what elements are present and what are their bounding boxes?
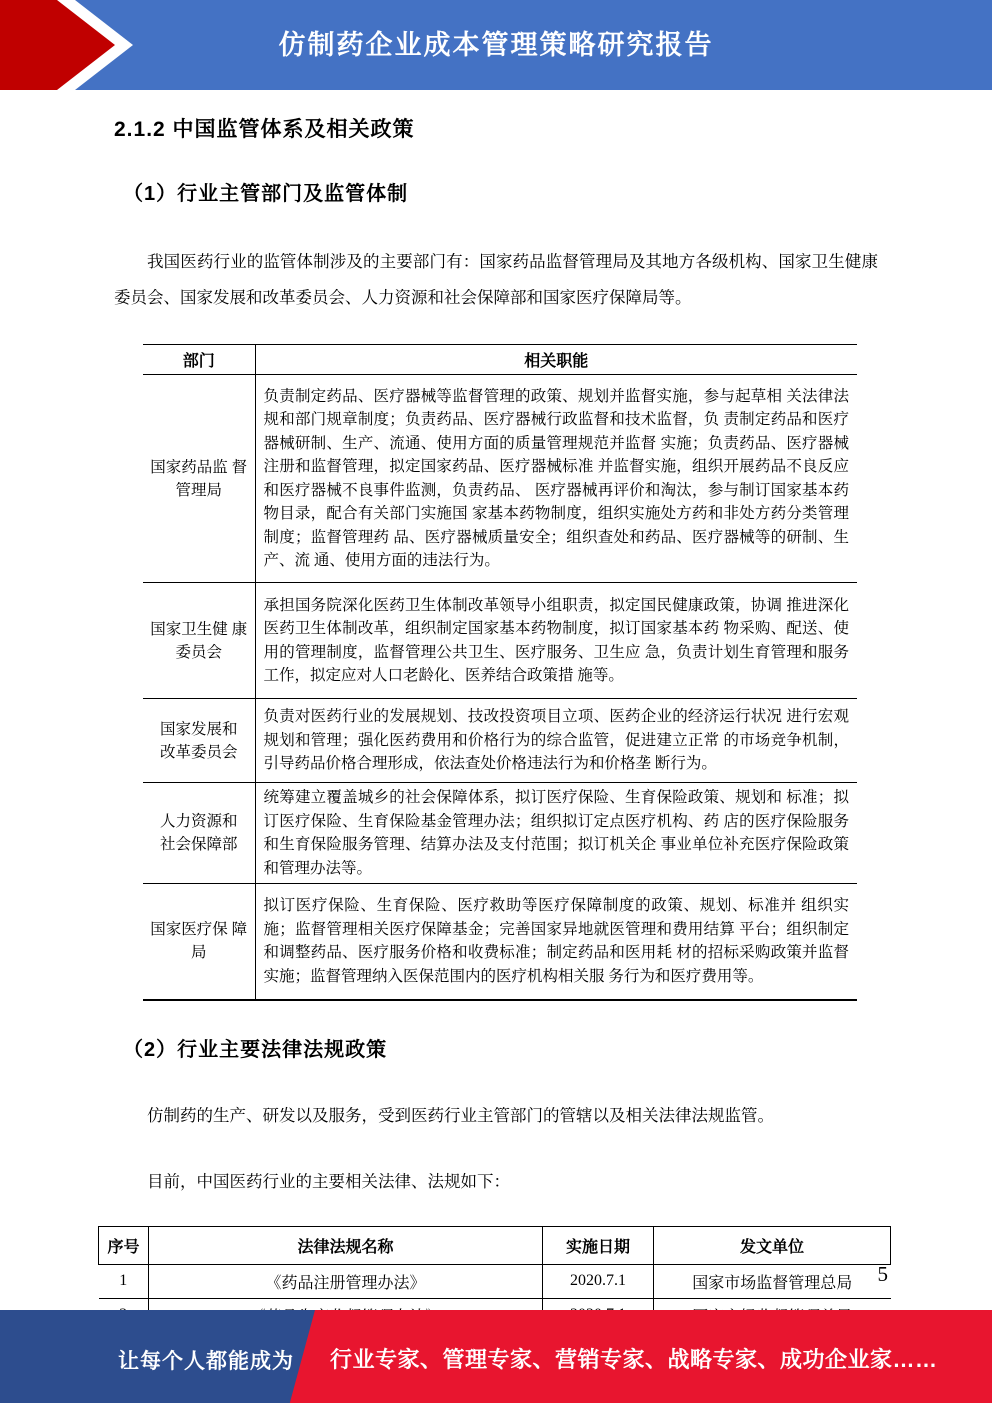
paragraph-regulators: 我国医药行业的监管体制涉及的主要部门有：国家药品监督管理局及其地方各级机构、国家… (114, 244, 878, 316)
table-row: 国家发展和 改革委员会 负责对医药行业的发展规划、技改投资项目立项、医药企业的经… (143, 699, 857, 783)
page-footer: 让每个人都能成为 行业专家、管理专家、营销专家、战略专家、成功企业家…… (0, 1310, 992, 1403)
paragraph-laws-intro: 仿制药的生产、研发以及服务，受到医药行业主管部门的管辖以及相关法律法规监管。 (114, 1098, 878, 1134)
report-title: 仿制药企业成本管理策略研究报告 (0, 0, 992, 90)
dept-name: 国家发展和 改革委员会 (143, 699, 255, 783)
section-heading: 2.1.2 中国监管体系及相关政策 (114, 113, 992, 143)
subsection-2-heading: （2）行业主要法律法规政策 (123, 1033, 992, 1062)
dept-column-header: 部门 (143, 345, 255, 375)
no-column-header: 序号 (99, 1226, 149, 1264)
dept-name: 国家药品监 督 管理局 (143, 375, 255, 583)
law-issuer: 国家市场监督管理总局 (654, 1264, 891, 1298)
dept-duty: 负责对医药行业的发展规划、技改投资项目立项、医药企业的经济运行状况 进行宏观规划… (255, 699, 857, 783)
table-row: 1 《药品注册管理办法》 2020.7.1 国家市场监督管理总局 (99, 1264, 891, 1298)
subsection-1-heading: （1）行业主管部门及监管体制 (123, 177, 992, 206)
dept-name: 人力资源和 社会保障部 (143, 783, 255, 884)
footer-slogan-left: 让每个人都能成为 (118, 1345, 294, 1375)
department-duty-table: 部门 相关职能 国家药品监 督 管理局 负责制定药品、医疗器械等监督管理的政策、… (143, 344, 857, 1001)
law-date: 2020.7.1 (543, 1264, 654, 1298)
date-column-header: 实施日期 (543, 1226, 654, 1264)
page-header: 仿制药企业成本管理策略研究报告 (0, 0, 992, 90)
dept-duty: 负责制定药品、医疗器械等监督管理的政策、规划并监督实施，参与起草相 关法律法规和… (255, 375, 857, 583)
dept-duty: 承担国务院深化医药卫生体制改革领导小组职责，拟定国民健康政策，协调 推进深化医药… (255, 583, 857, 699)
dept-duty: 统筹建立覆盖城乡的社会保障体系，拟订医疗保险、生育保险政策、规划和 标准；拟订医… (255, 783, 857, 884)
page-number: 5 (878, 1262, 889, 1287)
table-row: 国家药品监 督 管理局 负责制定药品、医疗器械等监督管理的政策、规划并监督实施，… (143, 375, 857, 583)
table-row: 人力资源和 社会保障部 统筹建立覆盖城乡的社会保障体系，拟订医疗保险、生育保险政… (143, 783, 857, 884)
table-row: 国家医疗保 障 局 拟订医疗保险、生育保险、医疗救助等医疗保障制度的政策、规划、… (143, 884, 857, 1000)
footer-slogan-right: 行业专家、管理专家、营销专家、战略专家、成功企业家…… (330, 1343, 938, 1374)
dept-name: 国家卫生健 康 委员会 (143, 583, 255, 699)
paragraph-laws-list-intro: 目前，中国医药行业的主要相关法律、法规如下： (114, 1164, 878, 1200)
law-table-header-row: 序号 法律法规名称 实施日期 发文单位 (99, 1226, 891, 1264)
law-no: 1 (99, 1264, 149, 1298)
report-page: 仿制药企业成本管理策略研究报告 2.1.2 中国监管体系及相关政策 （1）行业主… (0, 0, 992, 1403)
table-row: 国家卫生健 康 委员会 承担国务院深化医药卫生体制改革领导小组职责，拟定国民健康… (143, 583, 857, 699)
law-name-column-header: 法律法规名称 (149, 1226, 543, 1264)
dept-table-header-row: 部门 相关职能 (143, 345, 857, 375)
dept-duty: 拟订医疗保险、生育保险、医疗救助等医疗保障制度的政策、规划、标准并 组织实施；监… (255, 884, 857, 1000)
dept-name: 国家医疗保 障 局 (143, 884, 255, 1000)
issuer-column-header: 发文单位 (654, 1226, 891, 1264)
duty-column-header: 相关职能 (255, 345, 857, 375)
law-name: 《药品注册管理办法》 (149, 1264, 543, 1298)
